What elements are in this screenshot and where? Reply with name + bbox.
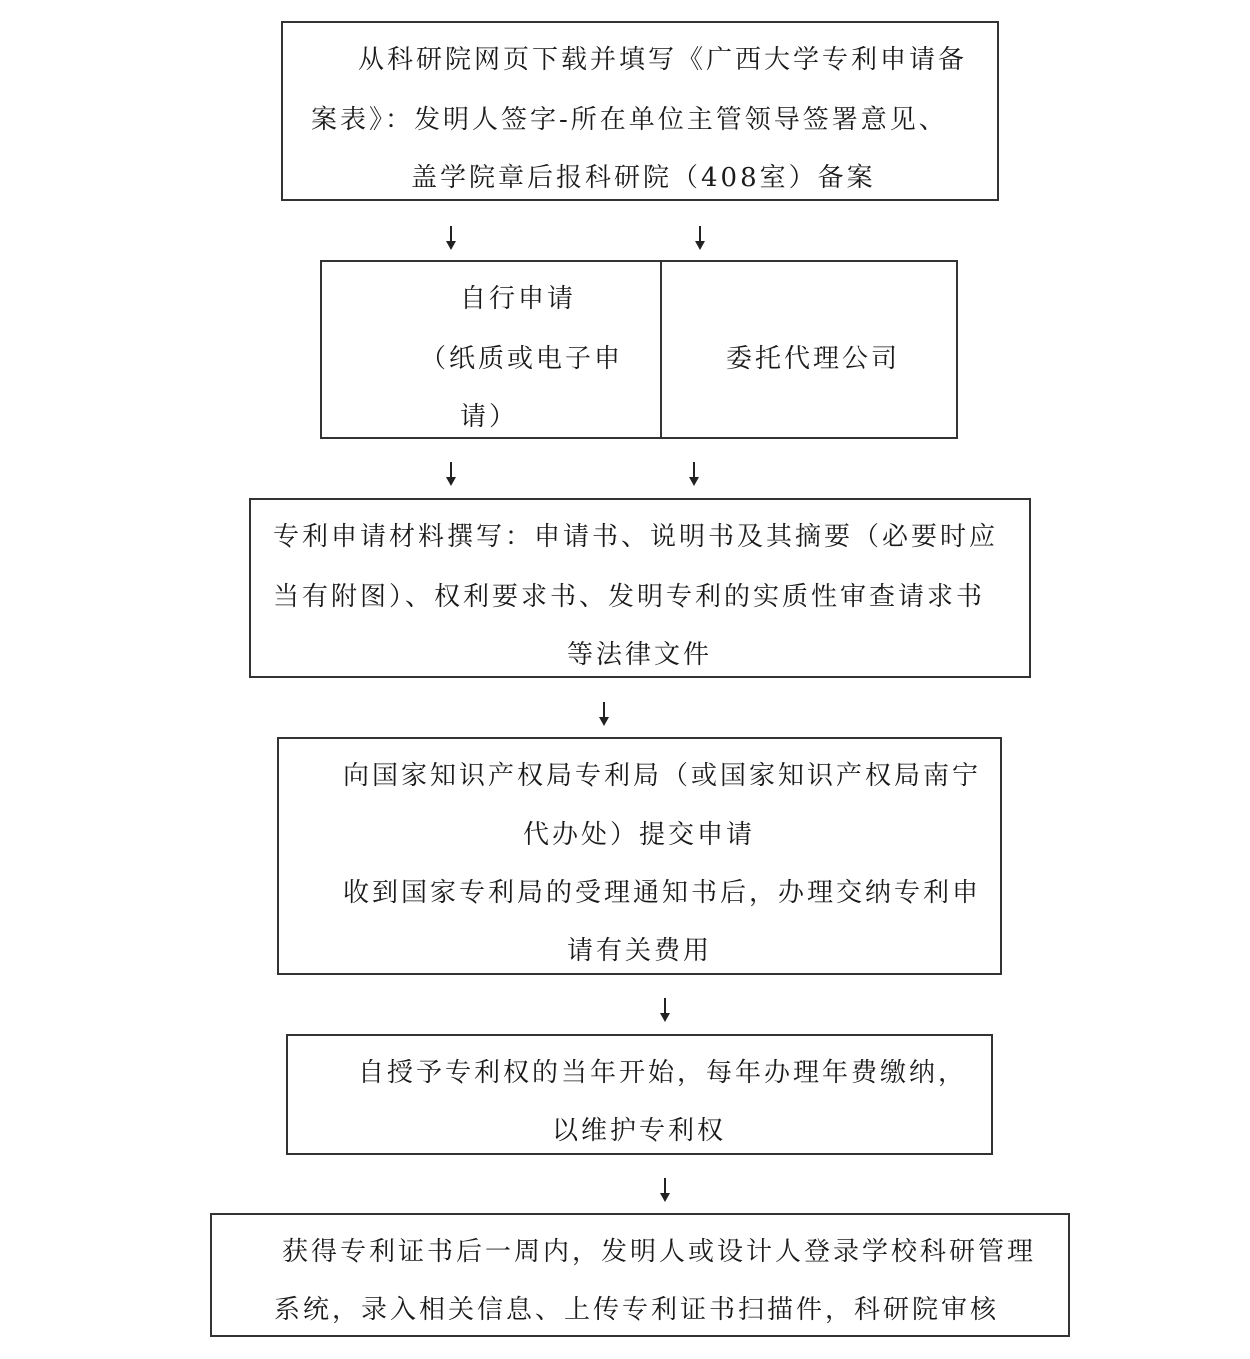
step-download-form-box: 从科研院网页下载并填写《广西大学专利申请备 案表》：发明人签字-所在单位主管领导… <box>281 21 999 201</box>
step1-line-3: 盖学院章后报科研院（408室）备案 <box>411 163 876 193</box>
arrow-down-icon <box>664 1178 666 1200</box>
step3-line-1: 专利申请材料撰写：申请书、说明书及其摘要（必要时应 <box>273 522 998 552</box>
arrow-down-icon <box>693 462 695 484</box>
arrow-down-icon <box>664 998 666 1020</box>
step5-line-2: 以维护专利权 <box>552 1116 726 1146</box>
step6-line-1: 获得专利证书后一周内，发明人或设计人登录学校科研管理 <box>282 1237 1036 1267</box>
step-register-certificate-box: 获得专利证书后一周内，发明人或设计人登录学校科研管理 系统，录入相关信息、上传专… <box>210 1213 1070 1337</box>
self-apply-line-1: 自行申请 <box>460 284 576 314</box>
step-submit-application-box: 向国家知识产权局专利局（或国家知识产权局南宁 代办处）提交申请 收到国家专利局的… <box>277 737 1002 975</box>
step4-line-1: 向国家知识产权局专利局（或国家知识产权局南宁 <box>343 761 981 791</box>
self-apply-line-2: （纸质或电子申 <box>420 344 623 374</box>
step-draft-documents-box: 专利申请材料撰写：申请书、说明书及其摘要（必要时应 当有附图）、权利要求书、发明… <box>249 498 1031 678</box>
arrow-down-icon <box>450 462 452 484</box>
step1-line-1: 从科研院网页下载并填写《广西大学专利申请备 <box>358 45 967 75</box>
self-apply-line-3: 请） <box>460 402 518 432</box>
arrow-down-icon <box>699 226 701 248</box>
arrow-down-icon <box>450 226 452 248</box>
step4-line-2: 代办处）提交申请 <box>523 820 755 850</box>
method-divider <box>660 262 662 437</box>
step5-line-1: 自授予专利权的当年开始，每年办理年费缴纳， <box>358 1058 967 1088</box>
step-application-method-box: 自行申请 （纸质或电子申 请） 委托代理公司 <box>320 260 958 439</box>
step6-line-2: 系统，录入相关信息、上传专利证书扫描件，科研院审核 <box>274 1295 999 1325</box>
arrow-down-icon <box>603 702 605 724</box>
step1-line-2: 案表》：发明人签字-所在单位主管领导签署意见、 <box>311 105 948 135</box>
step4-line-3: 收到国家专利局的受理通知书后，办理交纳专利申 <box>343 878 981 908</box>
step3-line-3: 等法律文件 <box>567 640 712 670</box>
step-annual-fee-box: 自授予专利权的当年开始，每年办理年费缴纳， 以维护专利权 <box>286 1034 993 1155</box>
step3-line-2: 当有附图）、权利要求书、发明专利的实质性审查请求书 <box>273 582 985 612</box>
agency-label: 委托代理公司 <box>726 344 900 374</box>
step4-line-4: 请有关费用 <box>567 936 712 966</box>
